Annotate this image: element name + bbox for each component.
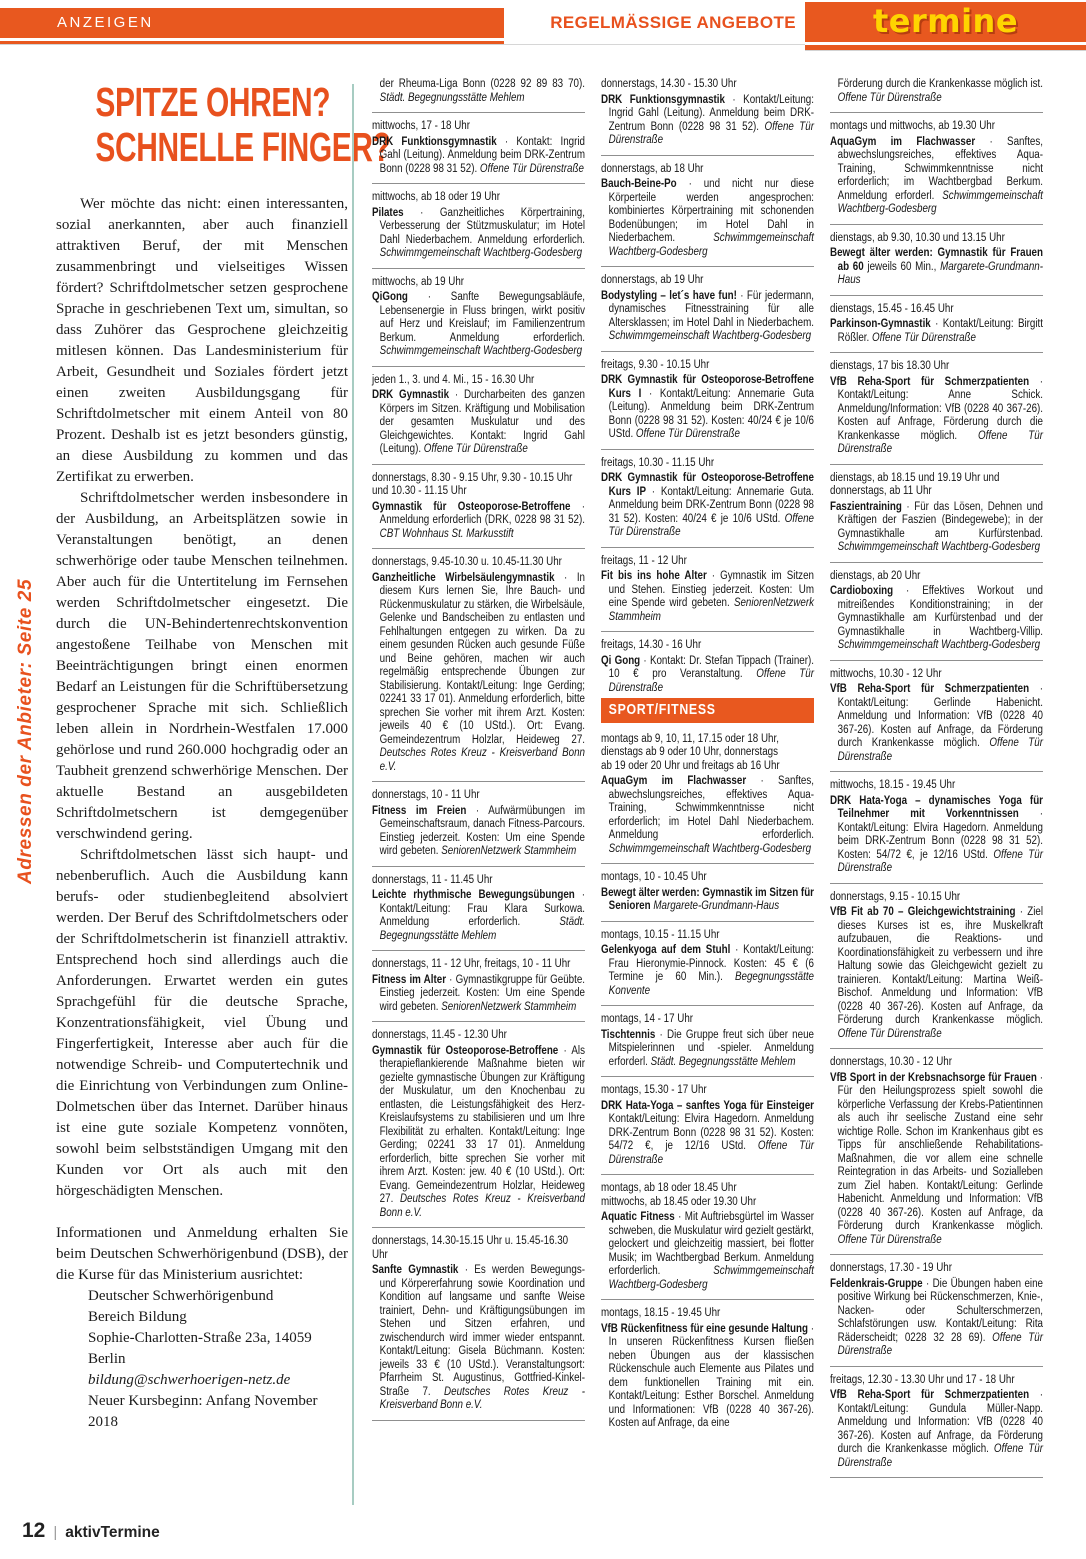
entry-body: Tischtennis · Die Gruppe freut sich über… (601, 1029, 814, 1070)
entry-title: Ganzheitliche Wirbelsäulengymnastik (372, 572, 555, 584)
entry-body: Bodystyling – let´s have fun! · Für jede… (601, 290, 814, 344)
entry-body: DRK Hata-Yoga – dynamisches Yoga für Tei… (830, 795, 1043, 876)
entry-body: QiGong · Sanfte Bewegungsabläufe, Lebens… (372, 291, 585, 359)
entry-date: donnerstags, 10 - 11 Uhr (372, 789, 585, 803)
entry-location: SeniorenNetzwerk Stammheim (441, 1001, 576, 1013)
entry-title: Gymnastik für Osteoporose-Betroffene (372, 501, 570, 513)
entry-separator (372, 1227, 585, 1228)
entry-body: Fitness im Alter · Gymnastikgruppe für G… (372, 974, 585, 1015)
entry-body: Bauch-Beine-Po · und nicht nur diese Kör… (601, 178, 814, 259)
entry-separator (372, 183, 585, 184)
entry-location: Deutsches Rotes Kreuz - Kreisverband Bon… (380, 1193, 585, 1219)
listing-entry: donnerstags, 10 - 11 UhrFitness im Freie… (372, 789, 585, 859)
entry-separator (830, 1477, 1043, 1478)
entry-separator (830, 352, 1043, 353)
entry-separator (601, 155, 814, 156)
listing-entry: montags, 10.15 - 11.15 UhrGelenkyoga auf… (601, 929, 814, 999)
entry-date: donnerstags, 14.30-15.15 Uhr u. 15.45-16… (372, 1235, 585, 1262)
entry-body: DRK Funktionsgymnastik · Kontakt/Leitung… (601, 94, 814, 148)
entry-body: DRK Hata-Yoga – sanftes Yoga für Einstei… (601, 1100, 814, 1168)
entry-body: der Rheuma-Liga Bonn (0228 92 89 83 70).… (372, 78, 585, 105)
listing-entry: freitags, 9.30 - 10.15 UhrDRK Gymnastik … (601, 359, 814, 442)
entry-separator (830, 1254, 1043, 1255)
entry-location: Offene Tür Dürenstraße (609, 121, 814, 147)
entry-title: DRK Hata-Yoga – sanftes Yoga für Einstei… (601, 1100, 814, 1112)
listing-entry: donnerstags, ab 19 UhrBodystyling – let´… (601, 274, 814, 344)
entry-body: DRK Gymnastik · Durcharbeiten des ganzen… (372, 389, 585, 457)
entry-body: VfB Reha-Sport für Schmerzpatienten · Ko… (830, 1389, 1043, 1470)
entry-date: donnerstags, 14.30 - 15.30 Uhr (601, 78, 814, 92)
entry-title: VfB Reha-Sport für Schmerzpatienten (830, 683, 1029, 695)
entry-body: VfB Rückenfitness für eine gesunde Haltu… (601, 1323, 814, 1431)
entry-separator (601, 547, 814, 548)
contact-intro: Informationen und Anmeldung erhalten Sie… (56, 1223, 348, 1286)
entry-title: Gelenkyoga auf dem Stuhl (601, 944, 730, 956)
entry-body: Gymnastik für Osteoporose-Betroffene · A… (372, 1045, 585, 1221)
entry-separator (372, 464, 585, 465)
entry-title: AquaGym im Flachwasser (830, 136, 975, 148)
listing-entry: donnerstags, 11.45 - 12.30 UhrGymnastik … (372, 1029, 585, 1220)
entry-location: Offene Tür Dürenstraße (424, 443, 528, 455)
entry-location: Offene Tür Dürenstraße (838, 92, 942, 104)
listing-entry: freitags, 14.30 - 16 UhrQi Gong · Kontak… (601, 639, 814, 695)
entry-body: Cardioboxing · Effektives Workout und mi… (830, 585, 1043, 653)
anzeigen-label: ANZEIGEN (0, 8, 504, 38)
listing-entry: montags und mittwochs, ab 19.30 UhrAquaG… (830, 120, 1043, 217)
entry-separator (372, 1420, 585, 1421)
anzeigen-bar: ANZEIGEN (0, 8, 504, 38)
entry-separator (601, 631, 814, 632)
entry-date: dienstags, 15.45 - 16.45 Uhr (830, 303, 1043, 317)
entry-date: donnerstags, 11.45 - 12.30 Uhr (372, 1029, 585, 1043)
entry-separator (601, 1076, 814, 1077)
entry-body: Gelenkyoga auf dem Stuhl · Kontakt/Leitu… (601, 944, 814, 998)
entry-separator (830, 295, 1043, 296)
listing-column-2: donnerstags, 14.30 - 15.30 UhrDRK Funkti… (601, 78, 814, 1431)
entry-location: CBT Wohnhaus St. Markusstift (380, 528, 514, 540)
entry-location: Städt. Begegnungsstätte Mehlem (380, 92, 525, 104)
entry-body: VfB Fit ab 70 – Gleichgewichtstraining ·… (830, 906, 1043, 1041)
entry-title: Tischtennis (601, 1029, 655, 1041)
article-paragraphs: Wer möchte das nicht: einen interessante… (56, 194, 348, 1202)
listing-entry: mittwochs, ab 18 oder 19 UhrPilates · Ga… (372, 191, 585, 261)
entry-title: Qi Gong (601, 655, 640, 667)
entry-body: Förderung durch die Krankenkasse möglich… (830, 78, 1043, 105)
article-title-line2: SCHNELLE FINGER? (95, 125, 308, 170)
entry-location: Offene Tür Dürenstraße (480, 163, 584, 175)
listing-entry: donnerstags, 11 - 12 Uhr, freitags, 10 -… (372, 958, 585, 1014)
entry-separator (372, 781, 585, 782)
entry-location: Offene Tür Dürenstraße (838, 1332, 1043, 1358)
entry-location: SeniorenNetzwerk Stammheim (441, 845, 576, 857)
listing-entry: donnerstags, 14.30-15.15 Uhr u. 15.45-16… (372, 1235, 585, 1413)
contact-line: bildung@schwerhoerigen-netz.de (88, 1370, 348, 1391)
entry-title: Pilates (372, 207, 404, 219)
listing-entry: dienstags, 17 bis 18.30 UhrVfB Reha-Spor… (830, 360, 1043, 457)
entry-body: VfB Reha-Sport für Schmerzpatienten · Ko… (830, 376, 1043, 457)
listing-entry: dienstags, ab 18.15 und 19.19 Uhr und do… (830, 472, 1043, 555)
contact-line: Deutscher Schwerhörigenbund (88, 1286, 348, 1307)
entry-title: Bauch-Beine-Po (601, 178, 677, 190)
entry-location: Städt. Begegnungsstätte Mehlem (651, 1056, 796, 1068)
footer-divider: | (53, 1524, 57, 1541)
entry-title: VfB Rückenfitness für eine gesunde Haltu… (601, 1323, 808, 1335)
entry-body: VfB Sport in der Krebsnachsorge für Frau… (830, 1072, 1043, 1248)
contact-line: Bereich Bildung (88, 1307, 348, 1328)
entry-separator (372, 268, 585, 269)
entry-body: DRK Gymnastik für Osteoporose-Betroffene… (601, 472, 814, 540)
brand-box: termine (805, 2, 1086, 45)
entry-date: dienstags, ab 18.15 und 19.19 Uhr und do… (830, 472, 1043, 499)
entry-body: Faszientraining · Für das Lösen, Dehnen … (830, 501, 1043, 555)
contact-line: Sophie-Charlotten-Straße 23a, 14059 Berl… (88, 1328, 348, 1370)
article-title: SPITZE OHREN? SCHNELLE FINGER? (56, 80, 348, 170)
entry-body: Bewegt älter werden: Gymnastik im Sitzen… (601, 887, 814, 914)
entry-title: Parkinson-Gymnastik (830, 318, 931, 330)
entry-date: donnerstags, 9.15 - 10.15 Uhr (830, 891, 1043, 905)
entry-date: mittwochs, 10.30 - 12 Uhr (830, 668, 1043, 682)
entry-body: Aquatic Fitness · Mit Auftriebsgürtel im… (601, 1211, 814, 1292)
entry-date: montags, 15.30 - 17 Uhr (601, 1084, 814, 1098)
listing-entry: montags, 14 - 17 UhrTischtennis · Die Gr… (601, 1013, 814, 1069)
listing-entry: dienstags, 15.45 - 16.45 UhrParkinson-Gy… (830, 303, 1043, 346)
entry-separator (601, 351, 814, 352)
listing-entry: donnerstags, 10.30 - 12 UhrVfB Sport in … (830, 1056, 1043, 1247)
entry-title: VfB Fit ab 70 – Gleichgewichtstraining (830, 906, 1016, 918)
listing-entry: donnerstags, 17.30 - 19 UhrFeldenkrais-G… (830, 1262, 1043, 1359)
entry-date: montags, 18.15 - 19.45 Uhr (601, 1307, 814, 1321)
listing-entry: montags, 10 - 10.45 UhrBewegt älter werd… (601, 871, 814, 914)
entry-date: freitags, 14.30 - 16 Uhr (601, 639, 814, 653)
entry-date: mittwochs, 18.15 - 19.45 Uhr (830, 779, 1043, 793)
entry-date: donnerstags, 11 - 11.45 Uhr (372, 874, 585, 888)
entry-date: montags, 10 - 10.45 Uhr (601, 871, 814, 885)
entry-title: VfB Sport in der Krebsnachsorge für Frau… (830, 1072, 1037, 1084)
entry-separator (830, 562, 1043, 563)
entry-separator (601, 863, 814, 864)
page-footer: 12 | aktivTermine (22, 1519, 160, 1543)
entry-location: Offene Tür Dürenstraße (838, 1028, 942, 1040)
entry-date: dienstags, 17 bis 18.30 Uhr (830, 360, 1043, 374)
entry-location: Deutsches Rotes Kreuz - Kreisverband Bon… (380, 1386, 585, 1412)
listing-entry: montags, 15.30 - 17 UhrDRK Hata-Yoga – s… (601, 1084, 814, 1167)
entry-title: QiGong (372, 291, 408, 303)
listing-entry: freitags, 12.30 - 13.30 Uhr und 17 - 18 … (830, 1374, 1043, 1471)
entry-body: VfB Reha-Sport für Schmerzpatienten · Ko… (830, 683, 1043, 764)
listing-entry: mittwochs, 18.15 - 19.45 UhrDRK Hata-Yog… (830, 779, 1043, 876)
entry-location: Schwimmgemeinschaft Wachtberg-Godesberg (380, 345, 582, 357)
entry-body: Parkinson-Gymnastik · Kontakt/Leitung: B… (830, 318, 1043, 345)
entry-body: Feldenkrais-Gruppe · Die Übungen haben e… (830, 1278, 1043, 1359)
listing-entry: donnerstags, 9.45-10.30 u. 10.45-11.30 U… (372, 556, 585, 774)
entry-title: Cardioboxing (830, 585, 893, 597)
listing-entry: dienstags, ab 20 UhrCardioboxing · Effek… (830, 570, 1043, 653)
entry-location: SeniorenNetzwerk Stammheim (609, 597, 814, 623)
listing-entry: mittwochs, 17 - 18 UhrDRK Funktionsgymna… (372, 120, 585, 176)
column-divider-line (352, 84, 354, 1505)
entry-location: Schwimmgemeinschaft Wachtberg-Godesberg (838, 190, 1043, 216)
entry-title: DRK Funktionsgymnastik (372, 136, 497, 148)
header-rule (504, 44, 805, 45)
entry-separator (601, 449, 814, 450)
entry-title: Leichte rhythmische Bewegungsübungen (372, 889, 575, 901)
entry-title: Fitness im Freien (372, 805, 466, 817)
entry-separator (372, 112, 585, 113)
entry-location: Städt. Begegnungsstätte Mehlem (380, 916, 585, 942)
entry-separator (830, 1366, 1043, 1367)
listing-entry: der Rheuma-Liga Bonn (0228 92 89 83 70).… (372, 78, 585, 105)
entry-location: Deutsches Rotes Kreuz - Kreisverband Bon… (380, 747, 585, 773)
entry-separator (830, 464, 1043, 465)
entry-location: Schwimmgemeinschaft Wachtberg-Godesberg (609, 843, 811, 855)
entry-location: Schwimmgemeinschaft Wachtberg-Godesberg (838, 639, 1040, 651)
entry-separator (372, 1021, 585, 1022)
entry-location: Offene Tür Dürenstraße (609, 1140, 814, 1166)
entry-body: DRK Gymnastik für Osteoporose-Betroffene… (601, 374, 814, 442)
listing-entry: montags, 18.15 - 19.45 UhrVfB Rückenfitn… (601, 1307, 814, 1431)
listing-entry: donnerstags, 9.15 - 10.15 UhrVfB Fit ab … (830, 891, 1043, 1042)
entry-separator (372, 548, 585, 549)
entry-date: montags ab 9, 10, 11, 17.15 oder 18 Uhr,… (601, 733, 814, 774)
entry-title: Fit bis ins hohe Alter (601, 570, 707, 582)
entry-date: freitags, 12.30 - 13.30 Uhr und 17 - 18 … (830, 1374, 1043, 1388)
entry-separator (830, 660, 1043, 661)
entry-separator (601, 1299, 814, 1300)
listing-entry: montags, ab 18 oder 18.45 Uhr mittwochs,… (601, 1182, 814, 1292)
entry-location: Margarete-Grundmann-Haus (653, 900, 779, 912)
entry-date: jeden 1., 3. und 4. Mi., 15 - 16.30 Uhr (372, 374, 585, 388)
entry-date: donnerstags, 17.30 - 19 Uhr (830, 1262, 1043, 1276)
listing-entry: freitags, 11 - 12 UhrFit bis ins hohe Al… (601, 555, 814, 625)
entry-location: Schwimmgemeinschaft Wachtberg-Godesberg (609, 232, 814, 258)
entry-title: VfB Reha-Sport für Schmerzpatienten (830, 1389, 1029, 1401)
entry-location: Margarete-Grundmann-Haus (838, 261, 1043, 287)
entry-date: montags, 10.15 - 11.15 Uhr (601, 929, 814, 943)
entry-title: DRK Gymnastik für Osteoporose-Betroffene… (601, 374, 814, 400)
footer-label: aktivTermine (65, 1524, 159, 1542)
entry-title: Faszientraining (830, 501, 902, 513)
entry-location: Offene Tür Dürenstraße (838, 1234, 942, 1246)
entry-location: Offene Tür Dürenstraße (838, 1443, 1043, 1469)
entry-date: montags, 14 - 17 Uhr (601, 1013, 814, 1027)
brand-logo: termine (873, 2, 1018, 40)
contact-line: Neuer Kursbeginn: Anfang November 2018 (88, 1391, 348, 1433)
listing-entry: dienstags, ab 9.30, 10.30 und 13.15 UhrB… (830, 232, 1043, 288)
entry-separator (830, 112, 1043, 113)
entry-title: Bodystyling – let´s have fun! (601, 290, 737, 302)
entry-title: Fitness im Alter (372, 974, 446, 986)
entry-date: donnerstags, 9.45-10.30 u. 10.45-11.30 U… (372, 556, 585, 570)
entry-location: Offene Tür Dürenstraße (609, 513, 814, 539)
entry-separator (372, 950, 585, 951)
entry-location: Schwimmgemeinschaft Wachtberg-Godesberg (609, 330, 811, 342)
entry-date: mittwochs, 17 - 18 Uhr (372, 120, 585, 134)
entry-body: Ganzheitliche Wirbelsäulengymnastik · In… (372, 572, 585, 775)
listing-entry: Förderung durch die Krankenkasse möglich… (830, 78, 1043, 105)
listing-entry: donnerstags, 14.30 - 15.30 UhrDRK Funkti… (601, 78, 814, 148)
magazine-page: ANZEIGEN REGELMÄSSIGE ANGEBOTE termine S… (0, 0, 1086, 1559)
entry-body: Fit bis ins hohe Alter · Gymnastik im Si… (601, 570, 814, 624)
entry-date: donnerstags, 11 - 12 Uhr, freitags, 10 -… (372, 958, 585, 972)
entry-title: DRK Gymnastik (372, 389, 449, 401)
contact-block: Informationen und Anmeldung erhalten Sie… (56, 1223, 348, 1433)
entry-date: dienstags, ab 9.30, 10.30 und 13.15 Uhr (830, 232, 1043, 246)
entry-date: montags, ab 18 oder 18.45 Uhr mittwochs,… (601, 1182, 814, 1209)
listing-entry: jeden 1., 3. und 4. Mi., 15 - 16.30 UhrD… (372, 374, 585, 457)
entry-body: Bewegt älter werden: Gymnastik für Fraue… (830, 247, 1043, 288)
entry-title: DRK Gymnastik für Osteoporose-Betroffene… (601, 472, 814, 498)
entry-body: AquaGym im Flachwasser · Sanftes, abwech… (830, 136, 1043, 217)
entry-separator (830, 771, 1043, 772)
entry-date: freitags, 11 - 12 Uhr (601, 555, 814, 569)
listing-entry: donnerstags, 11 - 11.45 UhrLeichte rhyth… (372, 874, 585, 944)
entry-title: VfB Reha-Sport für Schmerzpatienten (830, 376, 1029, 388)
entry-title: Feldenkrais-Gruppe (830, 1278, 923, 1290)
entry-date: freitags, 9.30 - 10.15 Uhr (601, 359, 814, 373)
entry-body: Pilates · Ganzheitliches Körpertraining,… (372, 207, 585, 261)
listing-entry: mittwochs, 10.30 - 12 UhrVfB Reha-Sport … (830, 668, 1043, 765)
listing-column-3: Förderung durch die Krankenkasse möglich… (830, 78, 1043, 1485)
entry-body: Sanfte Gymnastik · Es werden Bewegungs- … (372, 1264, 585, 1413)
entry-date: mittwochs, ab 19 Uhr (372, 276, 585, 290)
entry-body: Gymnastik für Osteoporose-Betroffene · A… (372, 501, 585, 542)
entry-date: mittwochs, ab 18 oder 19 Uhr (372, 191, 585, 205)
listing-entry: donnerstags, 8.30 - 9.15 Uhr, 9.30 - 10.… (372, 472, 585, 542)
entry-location: Offene Tür Dürenstraße (636, 428, 740, 440)
entry-location: Begegnungsstätte Konvente (609, 971, 814, 997)
entry-date: donnerstags, ab 18 Uhr (601, 163, 814, 177)
entry-location: Schwimmgemeinschaft Wachtberg-Godesberg (380, 247, 582, 259)
entry-separator (830, 1048, 1043, 1049)
section-header-sport-fitness: SPORT/FITNESS (601, 698, 814, 723)
article-title-line1: SPITZE OHREN? (95, 80, 308, 125)
entry-body: DRK Funktionsgymnastik · Kontakt: Ingrid… (372, 136, 585, 177)
listing-column-1: der Rheuma-Liga Bonn (0228 92 89 83 70).… (372, 78, 585, 1428)
listing-entry: montags ab 9, 10, 11, 17.15 oder 18 Uhr,… (601, 733, 814, 857)
listing-entry: donnerstags, ab 18 UhrBauch-Beine-Po · u… (601, 163, 814, 260)
entry-location: Offene Tür Dürenstraße (838, 737, 1043, 763)
entry-title: AquaGym im Flachwasser (601, 775, 746, 787)
entry-separator (601, 1174, 814, 1175)
entry-title: Gymnastik für Osteoporose-Betroffene (372, 1045, 558, 1057)
entry-title: Aquatic Fitness (601, 1211, 675, 1223)
entry-location: Offene Tür Dürenstraße (609, 668, 814, 694)
entry-separator (601, 266, 814, 267)
listing-entry: mittwochs, ab 19 UhrQiGong · Sanfte Bewe… (372, 276, 585, 359)
entry-date: freitags, 10.30 - 11.15 Uhr (601, 457, 814, 471)
page-number: 12 (22, 1519, 45, 1543)
entry-location: Offene Tür Dürenstraße (838, 849, 1043, 875)
article-paragraph: Wer möchte das nicht: einen interessante… (56, 194, 348, 488)
entry-body: Leichte rhythmische Bewegungsübungen · K… (372, 889, 585, 943)
entry-location: Schwimmgemeinschaft Wachtberg-Godesberg (838, 541, 1040, 553)
entry-separator (372, 866, 585, 867)
entry-body: AquaGym im Flachwasser · Sanftes, abwech… (601, 775, 814, 856)
entry-title: Sanfte Gymnastik (372, 1264, 458, 1276)
entry-location: Offene Tür Dürenstraße (838, 430, 1043, 456)
entry-date: donnerstags, 10.30 - 12 Uhr (830, 1056, 1043, 1070)
entry-location: Offene Tür Dürenstraße (872, 332, 976, 344)
entry-date: montags und mittwochs, ab 19.30 Uhr (830, 120, 1043, 134)
entry-date: dienstags, ab 20 Uhr (830, 570, 1043, 584)
entry-title: DRK Funktionsgymnastik (601, 94, 725, 106)
article-paragraph: Schriftdolmetscher werden insbesondere i… (56, 488, 348, 845)
article-paragraph: Schriftdolmetschen lässt sich haupt- und… (56, 845, 348, 1202)
sidebar-note: Adressen der Anbieter: Seite 25 (15, 579, 37, 884)
entry-date: donnerstags, 8.30 - 9.15 Uhr, 9.30 - 10.… (372, 472, 585, 499)
entry-date: donnerstags, ab 19 Uhr (601, 274, 814, 288)
entry-separator (372, 366, 585, 367)
entry-separator (830, 883, 1043, 884)
entry-separator (830, 224, 1043, 225)
entry-title: DRK Hata-Yoga – dynamisches Yoga für Tei… (830, 795, 1043, 821)
contact-lines: Deutscher SchwerhörigenbundBereich Bildu… (56, 1286, 348, 1433)
entry-location: Schwimmgemeinschaft Wachtberg-Godesberg (609, 1265, 814, 1291)
entry-separator (601, 921, 814, 922)
section-title: REGELMÄSSIGE ANGEBOTE (550, 13, 796, 33)
entry-body: Fitness im Freien · Aufwärmübungen im Ge… (372, 805, 585, 859)
entry-separator (601, 1005, 814, 1006)
article: SPITZE OHREN? SCHNELLE FINGER? Wer möcht… (56, 74, 348, 1433)
listing-entry: freitags, 10.30 - 11.15 UhrDRK Gymnastik… (601, 457, 814, 540)
entry-body: Qi Gong · Kontakt: Dr. Stefan Tippach (T… (601, 655, 814, 696)
